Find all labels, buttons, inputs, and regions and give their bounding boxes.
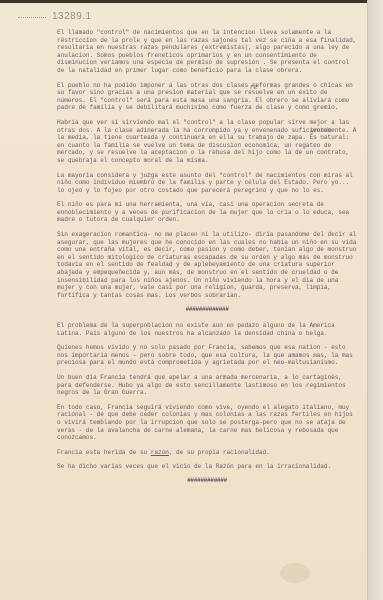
paragraph: Quienes hemos vivido y no solo pasado po… bbox=[57, 344, 357, 367]
paragraph: Habria que ver si sirviendo mal el "cont… bbox=[57, 119, 357, 165]
paragraph: El problema de la superpoblacion no exis… bbox=[57, 322, 357, 337]
archive-number: 13289.1 bbox=[52, 11, 92, 22]
closing-paragraph: Se ha dicho varias veces que el vicio de… bbox=[57, 463, 357, 471]
paragraph: La mayoria considera y juzga este asunto… bbox=[57, 172, 357, 195]
paragraph: El niño es para mi una herramienta, una … bbox=[57, 201, 357, 224]
document-body: El llamado "control" de nacimientos que … bbox=[57, 29, 357, 493]
paragraph-france-reason: Francia esta herida de su razon, de su p… bbox=[57, 449, 357, 457]
text-run: Francia esta herida de su bbox=[57, 449, 151, 456]
paragraph: El llamado "control" de nacimientos que … bbox=[57, 29, 357, 75]
paragraph: Sin exageracion romantica- no me placen … bbox=[57, 231, 357, 299]
typewritten-page: 13289.1 re gremio El llamado "control" d… bbox=[0, 3, 368, 600]
paragraph: Un buen dia Francia tendrá que apelar a … bbox=[57, 374, 357, 397]
end-separator: ############ bbox=[57, 477, 357, 485]
section-separator: ############# bbox=[57, 306, 357, 314]
pencil-mark bbox=[18, 17, 46, 19]
text-run: , de su propia racionalidad. bbox=[169, 449, 270, 456]
underlined-word: razon bbox=[151, 449, 169, 456]
scan-background-edge bbox=[367, 0, 383, 600]
paper-stain bbox=[280, 563, 310, 583]
paragraph: En todo caso, Francia seguirá viviendo c… bbox=[57, 404, 357, 442]
paragraph: El pueblo no ha podido imponer a las otr… bbox=[57, 82, 357, 112]
